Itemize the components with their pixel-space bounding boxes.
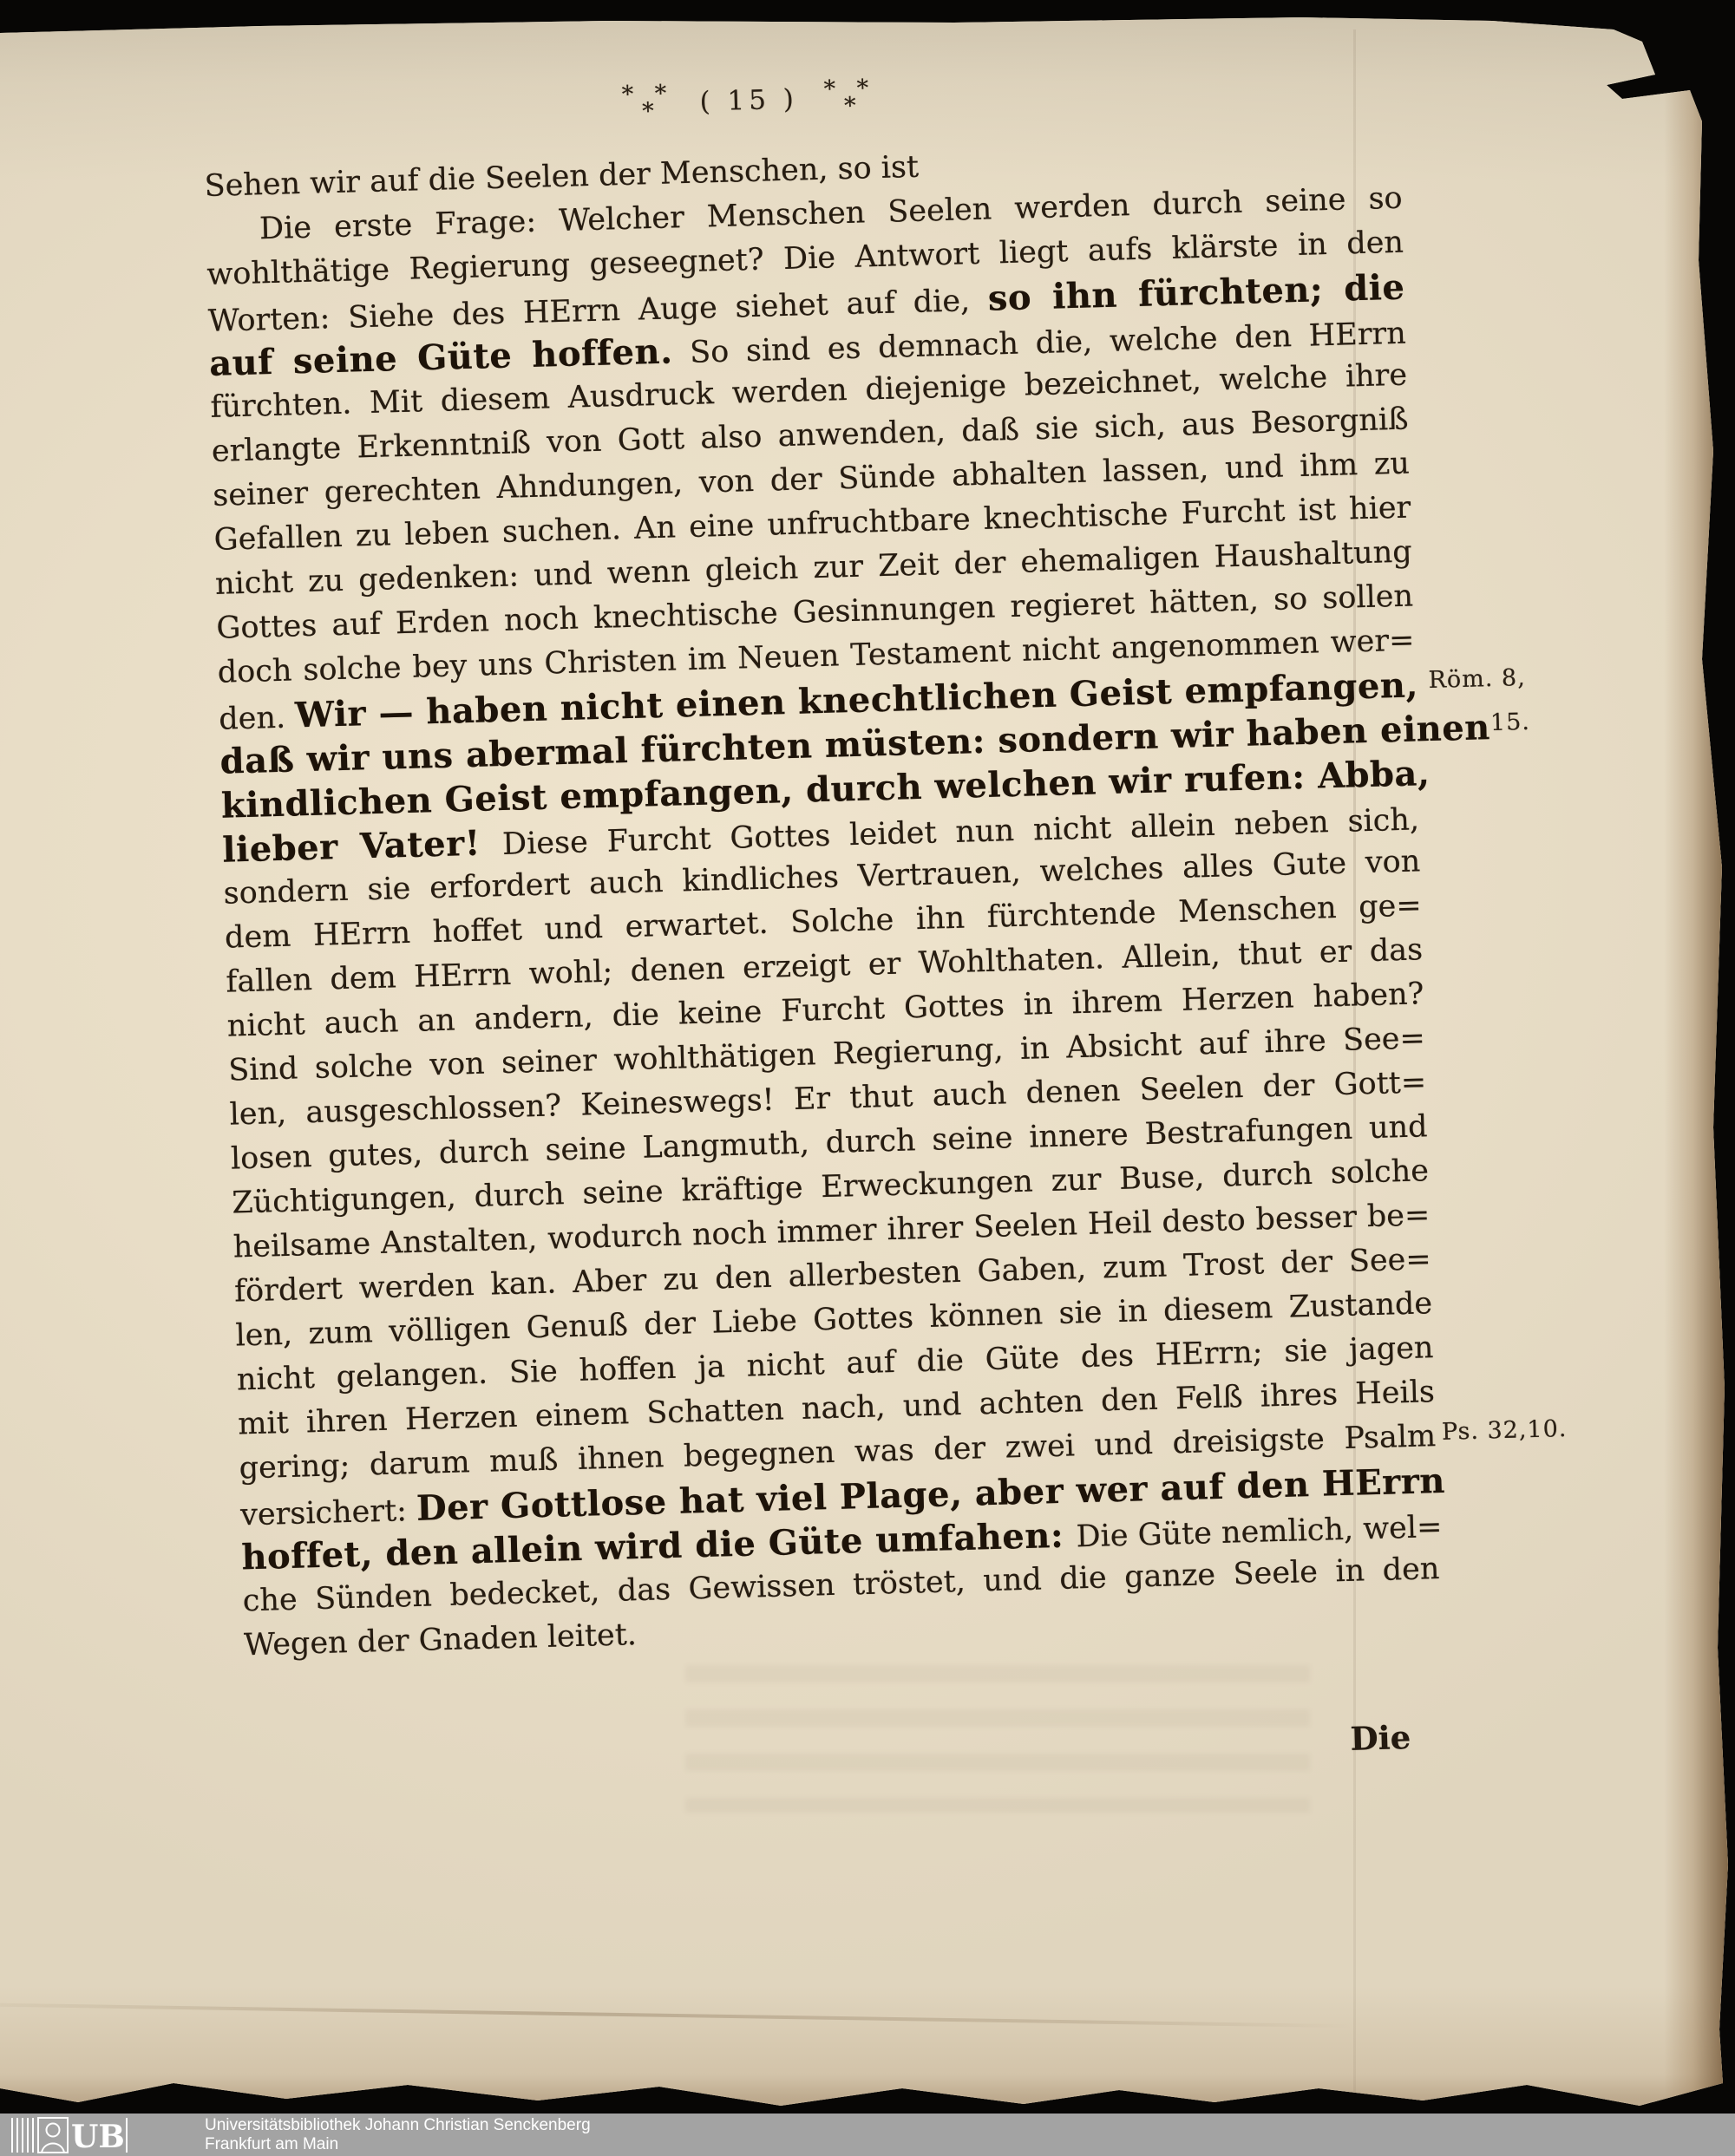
scanned-book-page: * * * ( 15 ) * * * Sehen wir auf die See… <box>0 0 1735 2156</box>
ornament-row: * <box>844 99 856 114</box>
library-footer-bar: UB Universitätsbibliothek Johann Christi… <box>0 2114 1735 2156</box>
text-block: * * * ( 15 ) * * * Sehen wir auf die See… <box>204 133 1441 1669</box>
ink-bleed-through <box>685 1665 1310 1813</box>
ub-library-logo: UB <box>9 2115 191 2155</box>
text-segment: Wegen der Gnaden leitet. <box>244 1617 638 1663</box>
page-header: * * * ( 15 ) * * * <box>479 63 1018 139</box>
asterism-ornament-left: * * * <box>622 86 675 121</box>
text-segment: versichert: <box>240 1493 417 1532</box>
page-number: ( 15 ) <box>699 83 798 117</box>
library-city: Frankfurt am Main <box>205 2135 591 2154</box>
margin-note: Röm. 8, <box>1428 665 1526 694</box>
margin-note: Ps. 32,10. <box>1442 1416 1568 1446</box>
paper-sheet: * * * ( 15 ) * * * Sehen wir auf die See… <box>0 0 1735 2156</box>
logo-text: UB <box>71 2119 125 2155</box>
horizontal-crease <box>0 2003 1353 2029</box>
footer-text: Universitätsbibliothek Johann Christian … <box>205 2116 591 2154</box>
margin-note: 15. <box>1490 709 1531 736</box>
library-name: Universitätsbibliothek Johann Christian … <box>205 2116 591 2135</box>
catchword: Die <box>1350 1718 1411 1758</box>
text-segment: den. <box>219 700 296 736</box>
text-segment: lieber Vater! <box>222 822 503 871</box>
ornament-row: * <box>642 104 654 120</box>
asterism-ornament-right: * * * <box>823 81 876 115</box>
